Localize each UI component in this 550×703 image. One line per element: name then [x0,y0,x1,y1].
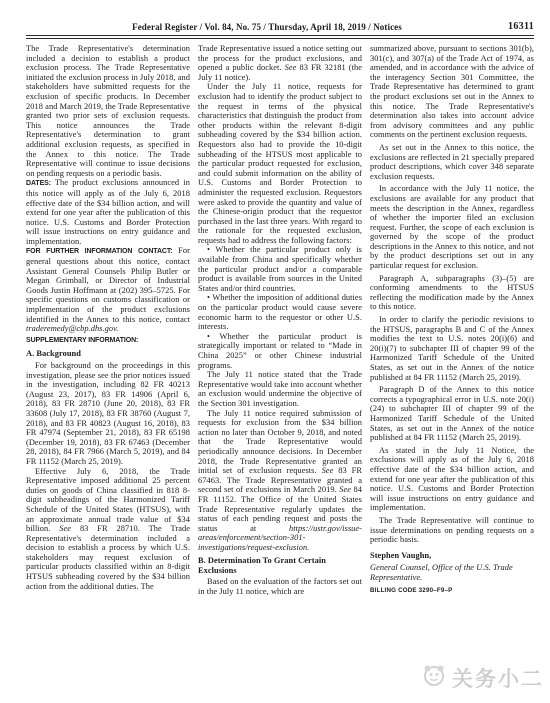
watermark-text: 关务小二 [452,663,544,693]
column-3: summarized above, pursuant to sections 3… [370,44,534,596]
text-run: Based on the evaluation of the factors s… [198,577,362,596]
text-run: As stated in the July 11 Notice, the exc… [370,446,534,513]
paragraph: Based on the evaluation of the factors s… [198,577,362,596]
text-run: The Trade Representative will continue t… [370,516,534,544]
text-run: Under the July 11 notice, requests for e… [198,82,362,245]
section-heading: A. Background [26,349,190,359]
billing-code: BILLING CODE 3290–F9–P [370,586,534,596]
column-2: Trade Representative issued a notice set… [198,44,362,596]
paragraph: DATES: The product exclusions announced … [26,178,190,246]
text-run: In order to clarify the periodic revisio… [370,315,534,382]
signature-name: Stephen Vaughn, [370,551,534,561]
italic-text: See [322,466,334,475]
paragraph: FOR FURTHER INFORMATION CONTACT: For gen… [26,246,190,333]
paragraph: Trade Representative issued a notice set… [198,44,362,82]
text-run: In accordance with the July 11 notice, t… [370,184,534,270]
signature-title: General Counsel, Office of the U.S. Trad… [370,563,534,582]
paragraph: For background on the proceedings in thi… [26,361,190,467]
text-run: Whether the particular product is strate… [198,332,362,370]
journal-meta: / Vol. 84, No. 75 / Thursday, April 18, … [197,22,402,32]
text-run: As set out in the Annex to this notice, … [370,143,534,181]
paragraph: The July 11 notice stated that the Trade… [198,370,362,408]
paragraph: Paragraph A, subparagraphs (3)–(5) are c… [370,274,534,312]
text-run: The Trade Representative's determination… [26,44,190,178]
text-run: B. Determination To Grant Certain Exclus… [198,556,326,575]
section-label: SUPPLEMENTARY INFORMATION: [26,335,190,346]
text-run: For background on the proceedings in thi… [26,361,190,466]
italic-text: See [59,524,71,533]
text-run: Paragraph A, subparagraphs (3)–(5) are c… [370,274,534,312]
column-1: The Trade Representative's determination… [26,44,190,596]
bullet-icon: • [207,332,220,341]
bullet-item: • Whether the particular product is stra… [198,332,362,370]
paragraph: Paragraph D of the Annex to this notice … [370,385,534,443]
run-in-label: SUPPLEMENTARY INFORMATION: [26,337,138,344]
text-run: summarized above, pursuant to sections 3… [370,44,534,139]
page-header: Federal Register / Vol. 84, No. 75 / Thu… [26,21,534,32]
paragraph: The July 11 notice required submission o… [198,409,362,553]
paragraph: In order to clarify the periodic revisio… [370,315,534,382]
panda-logo-icon [421,662,447,693]
italic-text: traderemedy@cbp.dhs.gov. [26,324,118,333]
header-title-line: Federal Register / Vol. 84, No. 75 / Thu… [56,22,478,32]
journal-title: Federal Register [132,22,197,32]
text-run: For general questions about this notice,… [26,246,190,323]
run-in-label: DATES: [26,180,55,187]
header-rule [26,35,534,39]
text-run: Stephen Vaughn, [370,551,431,560]
text-run: Whether the particular product only is a… [198,245,362,292]
text-run: BILLING CODE 3290–F9–P [370,587,452,594]
bullet-item: • Whether the imposition of additional d… [198,293,362,331]
text-columns: The Trade Representative's determination… [26,44,534,596]
paragraph: The Trade Representative's determination… [26,44,190,178]
italic-text: See [285,63,297,72]
text-run: A. Background [26,349,81,358]
page-number: 16311 [478,21,534,32]
text-run: The July 11 notice stated that the Trade… [198,370,362,408]
paragraph: The Trade Representative will continue t… [370,516,534,545]
paragraph: summarized above, pursuant to sections 3… [370,44,534,140]
bullet-item: • Whether the particular product only is… [198,245,362,293]
text-run: Paragraph D of the Annex to this notice … [370,385,534,442]
paragraph: Under the July 11 notice, requests for e… [198,82,362,245]
text-run: General Counsel, Office of the U.S. Trad… [370,563,513,582]
text-run: 83 FR 28710. The Trade Representative's … [26,524,190,591]
text-run: The product exclusions announced in this… [26,178,190,246]
run-in-label: FOR FURTHER INFORMATION CONTACT: [26,248,178,255]
section-heading: B. Determination To Grant Certain Exclus… [198,556,362,575]
text-run: Whether the imposition of additional dut… [198,293,362,331]
paragraph: In accordance with the July 11 notice, t… [370,184,534,270]
paragraph: Effective July 6, 2018, the Trade Repres… [26,467,190,592]
italic-text: See [339,485,351,494]
paragraph: As stated in the July 11 Notice, the exc… [370,446,534,513]
paragraph: As set out in the Annex to this notice, … [370,143,534,181]
watermark: 关务小二 [421,662,544,693]
document-page: Federal Register / Vol. 84, No. 75 / Thu… [0,0,550,596]
